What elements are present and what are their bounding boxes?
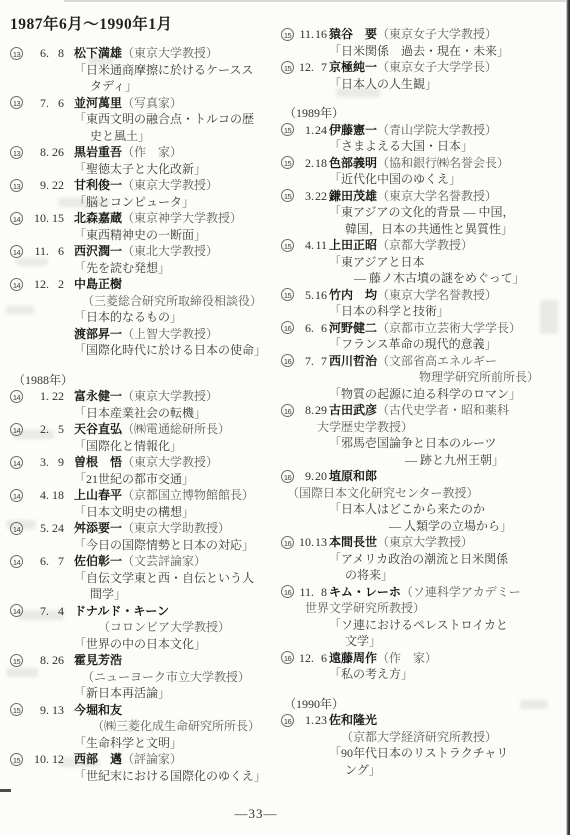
speaker-name: 本間長世 — [329, 535, 377, 549]
lecture-date-month: 11 — [298, 584, 311, 601]
lecture-date-day: 18 — [49, 487, 64, 504]
session-number-badge: 15 — [281, 61, 294, 74]
lecture-date-day: 8 — [49, 45, 64, 62]
lecture-date-day: 6 — [49, 95, 64, 112]
lecture-entry-head: 1510.12西部 邁（評論家） — [10, 751, 274, 768]
lecture-date-day: 16 — [314, 26, 327, 43]
lecture-date-month: 8 — [31, 144, 46, 161]
session-number-badge: 15 — [281, 288, 294, 301]
lecture-date-month: 10 — [31, 751, 46, 768]
lecture-title-line: タディ」 — [10, 78, 274, 95]
speaker-affiliation: （東京大学教授） — [122, 455, 218, 469]
lecture-title-line: 「日本の科学と技術」 — [281, 303, 563, 320]
speaker-name: 埴原和郎 — [329, 469, 377, 483]
lecture-date: 11.6 — [31, 243, 64, 260]
speaker-name: 遠藤周作 — [329, 651, 377, 665]
session-number-badge: 15 — [281, 189, 294, 202]
lecture-entry: 136.8松下満雄（東京大学教授）「日米通商摩擦に於けるケーススタディ」 — [10, 45, 274, 95]
lecture-entry-head: 166.6河野健二（京都市立芸術大学学長） — [281, 320, 563, 337]
lecture-date-day: 6 — [314, 320, 327, 337]
lecture-entry: 渡部昇一（上智大学教授）「国際化時代に於ける日本の使命」 — [10, 326, 274, 359]
lecture-entry-head: 141.22富永健一（東京大学教授） — [10, 388, 274, 405]
speaker-name: 西川哲治 — [329, 354, 377, 368]
lecture-title-line: 「日米関係 過去・現在・未来」 — [281, 43, 563, 60]
lecture-date-day: 22 — [49, 177, 64, 194]
speaker-name: ドナルド・キーン — [74, 604, 169, 618]
lecture-entry: 161.23佐和隆光（京都大学経済研究所教授）「90年代日本のリストラクチャリン… — [281, 712, 563, 778]
lecture-entry: 167.7西川哲治（文部省高エネルギー物理学研究所前所長）「物質の起源に迫る科学… — [281, 353, 563, 403]
session-number-badge: 14 — [10, 489, 23, 502]
lecture-date-day: 13 — [314, 534, 327, 551]
speaker-affiliation-line: （京都大学経済研究所教授） — [281, 729, 563, 746]
lecture-entry: 139.22甘利俊一（東京大学教授）「脳とコンピュータ」 — [10, 177, 274, 210]
lecture-entry-head: 168.29古田武彦（古代史学者・昭和薬科 — [281, 402, 563, 419]
lecture-entry-head: 158.26霍見芳浩 — [10, 652, 274, 669]
date-range-heading: 1987年6月～1990年1月 — [10, 14, 274, 36]
lecture-entry: 169.20埴原和郎（国際日本文化研究センター教授）「日本人はどこから来たのか―… — [281, 468, 563, 534]
lecture-entry-head: 139.22甘利俊一（東京大学教授） — [10, 177, 274, 194]
lecture-date-month: 6 — [31, 45, 46, 62]
session-number-badge: 15 — [281, 156, 294, 169]
speaker-name: 渡部昇一 — [74, 327, 122, 341]
lecture-date-month: 12 — [298, 650, 311, 667]
right-column: 1511.16猿谷 要（東京女子大学教授）「日米関係 過去・現在・未来」1512… — [281, 26, 563, 778]
lecture-date: 7.4 — [31, 603, 64, 620]
lecture-title-line: 「日米通商摩擦に於けるケースス — [10, 62, 274, 79]
lecture-entry-head: 167.7西川哲治（文部省高エネルギー — [281, 353, 563, 370]
lecture-date-day: 23 — [314, 712, 327, 729]
lecture-entry-head: 161.23佐和隆光 — [281, 712, 563, 729]
speaker-name: 中島正樹 — [74, 277, 122, 291]
lecture-entry-head: 145.24舛添要一（東京大学助教授） — [10, 520, 274, 537]
lecture-entry: 138.26黒岩重吾（作 家）「聖徳太子と大化改新」 — [10, 144, 274, 177]
session-number-badge: 16 — [281, 585, 294, 598]
year-marker: （1988年） — [10, 372, 274, 389]
lecture-date-day: 5 — [49, 421, 64, 438]
lecture-title-line: 「聖徳太子と大化改新」 — [10, 161, 274, 178]
speaker-name: 富永健一 — [74, 389, 122, 403]
lecture-date-month: 1 — [298, 122, 311, 139]
speaker-name: 河野健二 — [329, 321, 377, 335]
lecture-entry: 1612.6遠藤周作（作 家）「私の考え方」 — [281, 650, 563, 683]
lecture-date-day: 24 — [49, 520, 64, 537]
lecture-title-line: 「生命科学と文明」 — [10, 735, 274, 752]
lecture-date-day: 12 — [49, 751, 64, 768]
lecture-date: 6.6 — [298, 320, 327, 337]
speaker-affiliation: （ソ連科学アカデミー — [401, 585, 521, 599]
lecture-entry-head: 152.18色部義明（協和銀行㈱名誉会長） — [281, 155, 563, 172]
lecture-title-line: 「東アジアの文化的背景 ― 中国， — [281, 204, 563, 221]
scanned-page: 1987年6月～1990年1月 136.8松下満雄（東京大学教授）「日米通商摩擦… — [0, 0, 570, 835]
lecture-entry: 145.24舛添要一（東京大学助教授）「今日の国際情勢と日本の対応」 — [10, 520, 274, 553]
speaker-affiliation: （東京大学教授） — [377, 535, 473, 549]
lecture-date: 4.18 — [31, 487, 64, 504]
lecture-date-month: 11 — [298, 26, 311, 43]
speaker-affiliation: （東京大学名誉教授） — [377, 189, 497, 203]
lecture-date: 11.16 — [298, 26, 327, 43]
lecture-date-month: 5 — [31, 520, 46, 537]
lecture-date-day: 13 — [49, 702, 64, 719]
lecture-date-month: 7 — [31, 603, 46, 620]
lecture-entry: 153.22鎌田茂雄（東京大学名誉教授）「東アジアの文化的背景 ― 中国，韓国，… — [281, 188, 563, 238]
scan-artifact — [0, 789, 11, 792]
left-column: 1987年6月～1990年1月 136.8松下満雄（東京大学教授）「日米通商摩擦… — [10, 14, 274, 784]
speaker-name: 伊藤憲一 — [329, 123, 377, 137]
lecture-date-day: 6 — [314, 650, 327, 667]
speaker-affiliation: （㈱電通総研所長） — [122, 422, 230, 436]
speaker-affiliation: （東京大学名誉教授） — [377, 288, 497, 302]
lecture-date-month: 10 — [298, 534, 311, 551]
lecture-title-line: 「東アジアと日本 — [281, 254, 563, 271]
lecture-title-line: 「東西文明の融合点・トルコの歴 — [10, 111, 274, 128]
speaker-affiliation-line: 物理学研究所前所長） — [281, 369, 563, 386]
lecture-title-line: 「日本人はどこから来たのか — [281, 501, 563, 518]
lecture-entry-head: 1511.16猿谷 要（東京女子大学教授） — [281, 26, 563, 43]
lecture-date: 7.6 — [31, 95, 64, 112]
lecture-title-line: 「日本的なるもの」 — [10, 309, 274, 326]
session-number-badge: 14 — [10, 245, 23, 258]
lecture-entry-head: 1412.2中島正樹 — [10, 276, 274, 293]
lecture-date-day: 26 — [49, 652, 64, 669]
speaker-affiliation: （京都大学教授） — [377, 238, 473, 252]
lecture-date-day: 26 — [49, 144, 64, 161]
lecture-entry: 158.26霍見芳浩（ニューヨーク市立大学教授）「新日本再活論」 — [10, 652, 274, 702]
lecture-date: 8.29 — [298, 402, 327, 419]
lecture-entry-head: 1512.7京極純一（東京女子大学学長） — [281, 59, 563, 76]
session-number-badge: 15 — [281, 123, 294, 136]
lecture-entry: 144.18上山春平（京都国立博物館館長）「日本文明史の構想」 — [10, 487, 274, 520]
lecture-date-month: 4 — [31, 487, 46, 504]
lecture-date-month: 8 — [298, 402, 311, 419]
lecture-date: 8.26 — [31, 144, 64, 161]
lecture-entry-head: 169.20埴原和郎 — [281, 468, 563, 485]
lecture-date: 5.24 — [31, 520, 64, 537]
lecture-title-line: 韓国，日本の共通性と異質性」 — [281, 221, 563, 238]
speaker-name: 西沢潤一 — [74, 244, 122, 258]
speaker-affiliation: （文部省高エネルギー — [377, 354, 497, 368]
speaker-name: 北森嘉蔵 — [74, 211, 122, 225]
lecture-title-line: 「私の考え方」 — [281, 666, 563, 683]
lecture-date-month: 12 — [298, 59, 311, 76]
speaker-name: 佐和隆光 — [329, 713, 377, 727]
lecture-entry-head: 153.22鎌田茂雄（東京大学名誉教授） — [281, 188, 563, 205]
lecture-date-month: 3 — [31, 454, 46, 471]
session-number-badge: 13 — [10, 47, 23, 60]
speaker-affiliation-line: （三菱総合研究所取締役相談役） — [10, 293, 274, 310]
lecture-entry-head: 146.7佐伯彰一（文芸評論家） — [10, 553, 274, 570]
lecture-title-line: ― 跡と九州王朝」 — [281, 452, 563, 469]
speaker-name: 猿谷 要 — [329, 27, 377, 41]
lecture-date: 3.9 — [31, 454, 64, 471]
speaker-affiliation: （東北大学教授） — [122, 244, 218, 258]
lecture-date-day: 20 — [314, 468, 327, 485]
lecture-entry: 151.24伊藤憲一（青山学院大学教授）「さまよえる大国・日本」 — [281, 122, 563, 155]
lecture-title-line: 「アメリカ政治の潮流と日米関係 — [281, 551, 563, 568]
lecture-date-month: 8 — [31, 652, 46, 669]
lecture-title-line: 「さまよえる大国・日本」 — [281, 138, 563, 155]
lecture-entry: 1510.12西部 邁（評論家）「世紀末における国際化のゆくえ」 — [10, 751, 274, 784]
lecture-date-month: 7 — [31, 95, 46, 112]
speaker-name: 鎌田茂雄 — [329, 189, 377, 203]
session-number-badge: 14 — [10, 522, 23, 535]
lecture-date-month: 10 — [31, 210, 46, 227]
session-number-badge: 15 — [10, 753, 23, 766]
lecture-date-month: 9 — [31, 177, 46, 194]
session-number-badge: 14 — [10, 423, 23, 436]
scan-edge-top — [64, 0, 566, 2]
lecture-date-day: 7 — [314, 59, 327, 76]
year-marker: （1989年） — [281, 105, 563, 122]
lecture-title-line: 「国際化時代に於ける日本の使命」 — [10, 342, 274, 359]
lecture-date: 9.22 — [31, 177, 64, 194]
speaker-name: 佐伯彰一 — [74, 554, 122, 568]
lecture-date-day: 11 — [314, 237, 327, 254]
lecture-date-month: 9 — [298, 468, 311, 485]
lecture-title-line: の将来」 — [281, 567, 563, 584]
lecture-date-month: 9 — [31, 702, 46, 719]
speaker-affiliation: （古代史学者・昭和薬科 — [377, 403, 509, 417]
lecture-title-line: 「ソ連におけるペレストロイカと — [281, 617, 563, 634]
speaker-affiliation: （協和銀行㈱名誉会長） — [377, 156, 509, 170]
speaker-affiliation: （東京大学助教授） — [122, 521, 230, 535]
lecture-date-month: 12 — [31, 276, 46, 293]
session-number-badge: 14 — [10, 456, 23, 469]
lecture-entry: 141.22富永健一（東京大学教授）「日本産業社会の転機」 — [10, 388, 274, 421]
lecture-date-day: 7 — [314, 353, 327, 370]
lecture-date: 8.26 — [31, 652, 64, 669]
session-number-badge: 16 — [281, 354, 294, 367]
session-number-badge: 15 — [281, 239, 294, 252]
lecture-date: 2.18 — [298, 155, 327, 172]
lecture-entry: 146.7佐伯彰一（文芸評論家）「自伝文学東と西・自伝という人間学」 — [10, 553, 274, 603]
lecture-entry: 152.18色部義明（協和銀行㈱名誉会長）「近代化中国のゆくえ」 — [281, 155, 563, 188]
lecture-date: 10.13 — [298, 534, 327, 551]
lecture-date: 12.2 — [31, 276, 64, 293]
session-number-badge: 13 — [10, 96, 23, 109]
lecture-date-month: 6 — [298, 320, 311, 337]
lecture-date: 10.15 — [31, 210, 64, 227]
lecture-title-line: 「自伝文学東と西・自伝という人 — [10, 570, 274, 587]
lecture-title-line: 「近代化中国のゆくえ」 — [281, 171, 563, 188]
lecture-title-line: ― 藤ノ木古墳の謎をめぐって」 — [281, 270, 563, 287]
page-number: —33— — [0, 806, 512, 822]
speaker-affiliation-line: （国際日本文化研究センター教授） — [281, 485, 563, 502]
lecture-entry: 1411.6西沢潤一（東北大学教授）「先を読む発想」 — [10, 243, 274, 276]
lecture-entry-head: 1611.8キム・レーホ（ソ連科学アカデミー — [281, 584, 563, 601]
speaker-affiliation: （東京大学教授） — [122, 178, 218, 192]
lecture-date-month: 7 — [298, 353, 311, 370]
speaker-affiliation: （写真家） — [122, 96, 182, 110]
session-number-badge: 15 — [281, 28, 294, 41]
speaker-name: 天谷直弘 — [74, 422, 122, 436]
lecture-entry: 1512.7京極純一（東京女子大学学長）「日本人の人生観」 — [281, 59, 563, 92]
speaker-affiliation: （東京大学教授） — [122, 389, 218, 403]
lecture-entry: 1610.13本間長世（東京大学教授）「アメリカ政治の潮流と日米関係の将来」 — [281, 534, 563, 584]
speaker-affiliation: （作 家） — [377, 651, 437, 665]
speaker-name: 上田正昭 — [329, 238, 377, 252]
lecture-entry-head: 1612.6遠藤周作（作 家） — [281, 650, 563, 667]
speaker-affiliation: （東京女子大学学長） — [377, 60, 497, 74]
lecture-entry: 1410.15北森嘉蔵（東京神学大学教授）「東西精神史の一断面」 — [10, 210, 274, 243]
lecture-date-day: 6 — [49, 243, 64, 260]
lecture-title-line: ― 人類学の立場から」 — [281, 518, 563, 535]
lecture-date-month: 5 — [298, 287, 311, 304]
lecture-title-line: 「新日本再活論」 — [10, 685, 274, 702]
lecture-date: 12.7 — [298, 59, 327, 76]
speaker-name: 黒岩重吾 — [74, 145, 122, 159]
lecture-date-day: 8 — [314, 584, 327, 601]
session-number-badge: 16 — [281, 470, 294, 483]
lecture-entry: 154.11上田正昭（京都大学教授）「東アジアと日本― 藤ノ木古墳の謎をめぐって… — [281, 237, 563, 287]
speaker-affiliation: （東京大学教授） — [122, 46, 218, 60]
speaker-name: 並河萬里 — [74, 96, 122, 110]
lecture-title-line: 「邪馬壱国論争と日本のルーツ — [281, 435, 563, 452]
lecture-entry-head: 143.9曽根 悟（東京大学教授） — [10, 454, 274, 471]
session-number-badge: 15 — [10, 703, 23, 716]
lecture-date-day: 7 — [49, 553, 64, 570]
lecture-date-day: 29 — [314, 402, 327, 419]
lecture-entry-head: 1610.13本間長世（東京大学教授） — [281, 534, 563, 551]
speaker-name: 松下満雄 — [74, 46, 122, 60]
lecture-date-month: 2 — [298, 155, 311, 172]
lecture-date-month: 11 — [31, 243, 46, 260]
lecture-date-day: 4 — [49, 603, 64, 620]
lecture-date-day: 24 — [314, 122, 327, 139]
speaker-name: 西部 邁 — [74, 752, 122, 766]
speaker-affiliation: （青山学院大学教授） — [377, 123, 497, 137]
speaker-affiliation: （京都国立博物館館長） — [122, 488, 254, 502]
speaker-affiliation: （作 家） — [122, 145, 182, 159]
lecture-title-line: 「フランス革命の現代的意義」 — [281, 336, 563, 353]
session-number-badge: 13 — [10, 179, 23, 192]
lecture-date-month: 1 — [31, 388, 46, 405]
lecture-title-line: ング」 — [281, 762, 563, 779]
lecture-date: 7.7 — [298, 353, 327, 370]
lecture-date-day: 16 — [314, 287, 327, 304]
speaker-name: 霍見芳浩 — [74, 653, 122, 667]
lecture-date-day: 18 — [314, 155, 327, 172]
lecture-date: 5.16 — [298, 287, 327, 304]
session-number-badge: 14 — [10, 212, 23, 225]
speaker-name: 色部義明 — [329, 156, 377, 170]
lecture-entry-head: 138.26黒岩重吾（作 家） — [10, 144, 274, 161]
lecture-date-month: 2 — [31, 421, 46, 438]
lecture-date-month: 3 — [298, 188, 311, 205]
lecture-date: 3.22 — [298, 188, 327, 205]
lecture-date: 6.8 — [31, 45, 64, 62]
lecture-date: 1.23 — [298, 712, 327, 729]
lecture-date-month: 4 — [298, 237, 311, 254]
speaker-affiliation: （東京女子大学教授） — [377, 27, 497, 41]
speaker-name: 甘利俊一 — [74, 178, 122, 192]
lecture-date-day: 22 — [49, 388, 64, 405]
lecture-title-line: 「国際化と情報化」 — [10, 438, 274, 455]
lecture-entry: 159.13今堀和友（㈱三菱化成生命研究所所長）「生命科学と文明」 — [10, 702, 274, 752]
lecture-entry: 168.29古田武彦（古代史学者・昭和薬科大学歴史学教授）「邪馬壱国論争と日本の… — [281, 402, 563, 468]
speaker-name: 舛添要一 — [74, 521, 122, 535]
speaker-affiliation: （上智大学教授） — [122, 327, 218, 341]
lecture-entry: 1511.16猿谷 要（東京女子大学教授）「日米関係 過去・現在・未来」 — [281, 26, 563, 59]
lecture-entry-head: 147.4ドナルド・キーン — [10, 603, 274, 620]
lecture-title-line: 間学」 — [10, 586, 274, 603]
session-number-badge: 16 — [281, 536, 294, 549]
lecture-entry: 1412.2中島正樹（三菱総合研究所取締役相談役）「日本的なるもの」 — [10, 276, 274, 326]
lecture-title-line: 「日本人の人生観」 — [281, 76, 563, 93]
speaker-name: 今堀和友 — [74, 703, 122, 717]
speaker-name: 古田武彦 — [329, 403, 377, 417]
speaker-affiliation-line: （コロンビア大学教授） — [10, 619, 274, 636]
lecture-date: 1.24 — [298, 122, 327, 139]
lecture-title-line: 「日本文明史の構想」 — [10, 504, 274, 521]
lecture-date: 4.11 — [298, 237, 327, 254]
lecture-entry-head: 136.8松下満雄（東京大学教授） — [10, 45, 274, 62]
lecture-title-line: 「先を読む発想」 — [10, 260, 274, 277]
speaker-affiliation: （文芸評論家） — [122, 554, 206, 568]
session-number-badge: 16 — [281, 651, 294, 664]
lecture-title-line: 「21世紀の都市交通」 — [10, 471, 274, 488]
speaker-affiliation-line: （ニューヨーク市立大学教授） — [10, 669, 274, 686]
lecture-title-line: 「東西精神史の一断面」 — [10, 227, 274, 244]
lecture-title-line: 「90年代日本のリストラクチャリ — [281, 745, 563, 762]
lecture-date: 9.13 — [31, 702, 64, 719]
lecture-date: 11.8 — [298, 584, 327, 601]
speaker-affiliation: （評論家） — [122, 752, 182, 766]
lecture-entry-head: 1411.6西沢潤一（東北大学教授） — [10, 243, 274, 260]
lecture-entry-head: 144.18上山春平（京都国立博物館館長） — [10, 487, 274, 504]
lecture-date: 1.22 — [31, 388, 64, 405]
speaker-name: キム・レーホ — [329, 585, 401, 599]
lecture-entry: 1611.8キム・レーホ（ソ連科学アカデミー世界文学研究所教授）「ソ連におけるペ… — [281, 584, 563, 650]
lecture-title-line: 史と風土」 — [10, 128, 274, 145]
session-number-badge: 16 — [281, 404, 294, 417]
scan-edge-right — [566, 0, 570, 835]
lecture-date: 2.5 — [31, 421, 64, 438]
speaker-affiliation: （東京神学大学教授） — [122, 211, 242, 225]
lecture-entry: 143.9曽根 悟（東京大学教授）「21世紀の都市交通」 — [10, 454, 274, 487]
lecture-title-line: 「物質の起源に迫る科学のロマン」 — [281, 386, 563, 403]
speaker-affiliation: （京都市立芸術大学学長） — [377, 321, 521, 335]
lecture-entry: 147.4ドナルド・キーン（コロンビア大学教授）「世界の中の日本文化」 — [10, 603, 274, 653]
lecture-date-month: 1 — [298, 712, 311, 729]
lecture-entry-head: 142.5天谷直弘（㈱電通総研所長） — [10, 421, 274, 438]
lecture-title-line: 文学」 — [281, 633, 563, 650]
session-number-badge: 16 — [281, 321, 294, 334]
lecture-title-line: 「日本産業社会の転機」 — [10, 405, 274, 422]
speaker-affiliation-line: 世界文学研究所教授） — [281, 600, 563, 617]
speaker-affiliation-line: 大学歴史学教授） — [281, 419, 563, 436]
speaker-name: 竹内 均 — [329, 288, 377, 302]
lecture-entry-head: 137.6並河萬里（写真家） — [10, 95, 274, 112]
lecture-date: 12.6 — [298, 650, 327, 667]
session-number-badge: 14 — [10, 555, 23, 568]
session-number-badge: 13 — [10, 146, 23, 159]
lecture-entry-head: 渡部昇一（上智大学教授） — [10, 326, 274, 343]
lecture-title-line: 「世紀末における国際化のゆくえ」 — [10, 768, 274, 785]
lecture-date-day: 2 — [49, 276, 64, 293]
session-number-badge: 14 — [10, 278, 23, 291]
lecture-date: 10.12 — [31, 751, 64, 768]
lecture-entry-head: 159.13今堀和友 — [10, 702, 274, 719]
lecture-title-line: 「今日の国際情勢と日本の対応」 — [10, 537, 274, 554]
speaker-name: 上山春平 — [74, 488, 122, 502]
lecture-entry: 137.6並河萬里（写真家）「東西文明の融合点・トルコの歴史と風土」 — [10, 95, 274, 145]
lecture-date-day: 22 — [314, 188, 327, 205]
lecture-entry-head: 151.24伊藤憲一（青山学院大学教授） — [281, 122, 563, 139]
lecture-title-line: 「脳とコンピュータ」 — [10, 194, 274, 211]
speaker-affiliation-line: （㈱三菱化成生命研究所所長） — [10, 718, 274, 735]
lecture-date-day: 15 — [49, 210, 64, 227]
session-number-badge: 14 — [10, 390, 23, 403]
